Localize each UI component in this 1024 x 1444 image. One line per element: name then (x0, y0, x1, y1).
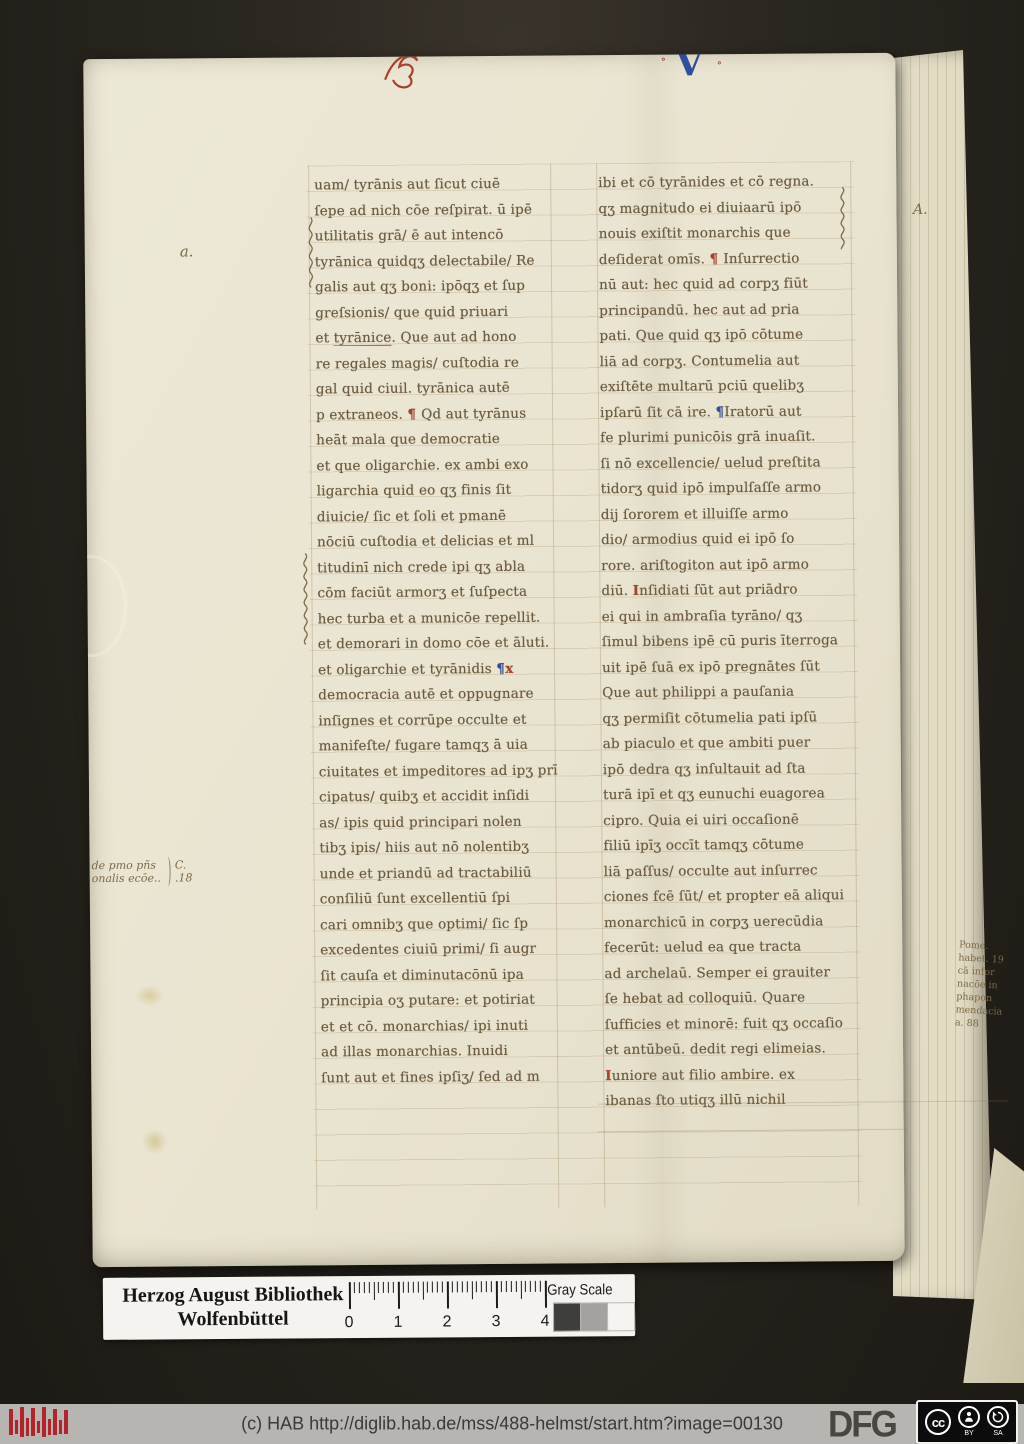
manuscript-line: p extraneos. ¶ Qd aut tyrānus (316, 401, 558, 428)
ruler-tick (471, 1281, 472, 1299)
ruler-tick (393, 1282, 394, 1293)
cc-by-person-icon (958, 1406, 980, 1428)
manuscript-line: ipō dedra qʒ inſultauit ad ſta (603, 756, 857, 783)
hab-logo-bar (64, 1410, 68, 1434)
manuscript-line: ciuitates et impeditores ad ipʒ prī (319, 758, 561, 785)
manuscript-line: ciones fcē ſūt/ et propter eā aliqui (604, 883, 858, 910)
manuscript-line: cipatus/ quibʒ et accidit inſidi (319, 783, 561, 810)
manuscript-line: ipſarū ſit cā ire. ¶Iratorū aut (600, 399, 854, 426)
hab-logo-icon (9, 1404, 70, 1444)
manuscript-line: greſsionis/ que quid priuari (315, 299, 557, 326)
right-text-column: ibi et cō tyrānides et cō regna.qʒ magni… (598, 169, 859, 1114)
manuscript-line: ei qui in ambraſia tyrāno/ qʒ (602, 603, 856, 630)
manuscript-line: democracia autē et oppugnare (318, 681, 560, 708)
ruler-tick (452, 1281, 453, 1292)
annotation-reference: C. (175, 858, 193, 871)
library-label: Herzog August Bibliothek Wolfenbüttel (117, 1282, 349, 1332)
manuscript-line: cōm faciūt armorʒ et ſuſpecta (317, 579, 559, 606)
manuscript-line: heāt mala que democratie (316, 426, 558, 453)
manuscript-line: principia oʒ putare: et potiriat (321, 987, 563, 1014)
ruler-tick (496, 1281, 498, 1308)
ruler-tick (427, 1282, 428, 1293)
ruler-tick (368, 1282, 369, 1293)
manuscript-line: qʒ permiſit cōtumelia pati ipſū (602, 705, 856, 732)
manuscript-line: cipro. Quia ei uiri occaſionē (603, 807, 857, 834)
manuscript-line: nū aut: hec quid ad corpʒ fiūt (599, 271, 853, 298)
manuscript-line: inſignes et corrūpe occulte et (318, 707, 560, 734)
color-scale-bar: Herzog August Bibliothek Wolfenbüttel 01… (103, 1274, 635, 1340)
manuscript-line: liā ad corpʒ. Contumelia aut (600, 348, 854, 375)
manuscript-line: ab piaculo et que ambiti puer (603, 730, 857, 757)
ruler-tick (373, 1282, 374, 1300)
red-flourish-fragment-icon (381, 53, 425, 93)
manuscript-line: et et cō. monarchias/ ipi inuti (321, 1013, 563, 1040)
ruler-number: 1 (394, 1314, 403, 1332)
ruler-tick (466, 1281, 467, 1292)
manuscript-line: tyrānica quidqʒ delectabile/ Re (315, 248, 557, 275)
manuscript-line: ibi et cō tyrānides et cō regna. (598, 169, 852, 196)
hab-logo-bar (31, 1408, 35, 1436)
ruler-tick (383, 1282, 384, 1293)
ruler-tick (408, 1282, 409, 1293)
cc-sa-label: SA (993, 1429, 1002, 1438)
manuscript-line: ſit cauſa et diminutacōnū ipa (320, 962, 562, 989)
ruler-tick (354, 1282, 355, 1293)
manuscript-line: ſimul bibens ipē cū puris īterroga (602, 628, 856, 655)
cc-by-label: BY (964, 1429, 973, 1438)
footer-strip: (c) HAB http://diglib.hab.de/mss/488-hel… (0, 1404, 1024, 1444)
manuscript-line: pati. Que quid qʒ ipō cōtume (599, 322, 853, 349)
marginal-annotation: de pmo pñsonalis ecōe.. C..18 (92, 856, 193, 887)
manuscript-line: diū. Inſidiati ſūt aut priādro (601, 577, 855, 604)
ruler-tick (515, 1281, 516, 1292)
ruler-tick (442, 1281, 443, 1292)
manuscript-line: uit ipē ſuā ex ipō pregnātes ſūt (602, 654, 856, 681)
manuscript-line: ligarchia quid eo qʒ finis ſit (317, 477, 559, 504)
marginal-annotation-line: de pmo pñs (92, 859, 161, 873)
ruler-number: 4 (541, 1313, 550, 1331)
hab-logo-bar (42, 1407, 46, 1437)
manuscript-line: qʒ magnitudo ei diuiaarū ipō (598, 195, 852, 222)
manuscript-line: filiū ipīʒ occīt tamqʒ cōtume (603, 832, 857, 859)
ruler-tick (457, 1281, 458, 1292)
ruler-tick (403, 1282, 404, 1293)
manuscript-line: et tyrānice. Que aut ad hono (315, 324, 557, 351)
manuscript-page: V ° ° a. de pmo pñsonalis ecōe.. C..18 u… (83, 53, 904, 1267)
manuscript-line: titudinī nich crede ipi qʒ abla (317, 554, 559, 581)
cc-icon: cc (925, 1409, 951, 1435)
ruler-tick (364, 1282, 365, 1293)
ruler-tick (422, 1282, 423, 1300)
ruler-tick (432, 1282, 433, 1293)
page-holder-clip (84, 547, 129, 663)
ruler-tick (530, 1281, 531, 1292)
manuscript-line: et demorari in domo cōe et āluti. (318, 630, 560, 657)
ruler-tick (417, 1282, 418, 1293)
manuscript-line: ſepe ad nich cōe reſpirat. ū ipē (314, 197, 556, 224)
annotation-reference: .18 (175, 871, 193, 884)
cc-sa-item: SA (987, 1406, 1009, 1438)
running-title-letter: V (675, 53, 703, 85)
next-page-margin-note: Pome.habet. 19cā infornacōe inphaponmend… (955, 938, 1024, 1032)
manuscript-line: nouis exiſtit monarchis que (599, 220, 853, 247)
manuscript-line: monarchicū in corpʒ uerecūdia (604, 909, 858, 936)
manuscript-line: ſe hebat ad colloquiū. Quare (605, 985, 859, 1012)
manuscript-line: unde et priandū ad tractabiliū (320, 860, 562, 887)
manuscript-line: excedentes ciuiū primi/ ſi augr (320, 936, 562, 963)
manuscript-line: tidorʒ quid ipō impulſaſſe armo (601, 475, 855, 502)
manuscript-line: galis aut qʒ boni: ipōqʒ et ſup (315, 273, 557, 300)
cc-license-badge: cc BY SA (916, 1400, 1018, 1444)
hab-logo-bar (48, 1419, 51, 1435)
gray-patch (553, 1303, 581, 1332)
manuscript-line: et que oligarchie. ex ambi exo (316, 452, 558, 479)
gray-patch (607, 1302, 635, 1331)
manuscript-line: Iuniore aut filio ambire. ex (605, 1062, 859, 1089)
manuscript-line: fecerūt: uelud ea que tracta (604, 934, 858, 961)
parchment-stain (135, 985, 165, 1007)
ruler-tick (481, 1281, 482, 1292)
hab-logo-bar (26, 1418, 29, 1436)
hab-logo-bar (15, 1420, 18, 1434)
ruler-tick (378, 1282, 379, 1293)
manuscript-line: ſunt aut et fines ipſiʒ/ ſed ad m (321, 1064, 563, 1091)
manuscript-line: Que aut philippi a pauſania (602, 679, 856, 706)
manuscript-line: tibʒ ipis/ hiis aut nō nolentibʒ (319, 834, 561, 861)
manuscript-line: utilitatis grā/ ē aut intencō (315, 222, 557, 249)
ruler-tick (437, 1282, 438, 1293)
library-name-line2: Wolfenbüttel (117, 1306, 349, 1332)
manuscript-line: as/ ipis quid principari nolen (319, 809, 561, 836)
manuscript-line: nōciū cuſtodia et delicias et ml (317, 528, 559, 555)
manuscript-line: rore. ariſtogiton aut ipō armo (601, 552, 855, 579)
quire-signature-glyph-right: A. (913, 202, 928, 218)
manuscript-line: et antūbeū. dedit regi elimeias. (605, 1036, 859, 1063)
copyright-text: (c) HAB http://diglib.hab.de/mss/488-hel… (241, 1414, 783, 1435)
cc-by-item: BY (958, 1406, 980, 1438)
manuscript-line: gal quid ciuil. tyrānica autē (316, 375, 558, 402)
ruler-tick (349, 1282, 351, 1309)
manuscript-line: diuicie/ ſic et ſoli et pmanē (317, 503, 559, 530)
ruler-number: 3 (492, 1313, 501, 1331)
hab-logo-bar (20, 1407, 24, 1437)
ruler-tick (476, 1281, 477, 1292)
digitized-manuscript-photo: Pome.habet. 19cā infornacōe inphaponmend… (0, 0, 1024, 1444)
ruler-tick (486, 1281, 487, 1292)
manuscript-line: manifeſte/ fugare tamqʒ ā uia (319, 732, 561, 759)
manuscript-line: turā ipī et qʒ eunuchi euagorea (603, 781, 857, 808)
ruler-tick (501, 1281, 502, 1292)
manuscript-line: fe plurimi punicōis grā inuaſit. (600, 424, 854, 451)
red-paraph-dot: ° (717, 60, 721, 71)
manuscript-line: conſiliū ſunt excellentiū ſpi (320, 885, 562, 912)
marginal-annotation-line: onalis ecōe.. (92, 872, 161, 886)
ruler-tick (388, 1282, 389, 1293)
gray-scale-patches (553, 1302, 634, 1332)
ruler-tick (506, 1281, 507, 1292)
hab-logo-bar (59, 1420, 62, 1434)
manuscript-line: cari omnibʒ que optimi/ ſic ſp (320, 911, 562, 938)
ruler-number: 2 (443, 1313, 452, 1331)
ruler-tick (359, 1282, 360, 1293)
gray-scale-label: Gray Scale (533, 1281, 626, 1299)
manuscript-line: exiſtēte multarū pciū quelibʒ (600, 373, 854, 400)
manuscript-line: principandū. hec aut ad pria (599, 297, 853, 324)
manuscript-line: ſi nō excellencie/ uelud preſtita (600, 450, 854, 477)
dfg-logo: DFG (828, 1404, 896, 1444)
gray-patch (580, 1302, 608, 1331)
manuscript-line: et oligarchie et tyrānidis ¶x (318, 656, 560, 683)
manuscript-line: dij ſororem et illuiſſe armo (601, 501, 855, 528)
red-paraph-dot: ° (661, 57, 665, 68)
manuscript-line: deſiderat omīs. ¶ Inſurrectio (599, 246, 853, 273)
hab-logo-bar (53, 1409, 57, 1435)
manuscript-line: ad archelaū. Semper ei grauiter (604, 960, 858, 987)
cc-sa-arrow-icon (987, 1406, 1009, 1428)
ruler-tick (491, 1281, 492, 1292)
ruler-tick (413, 1282, 414, 1293)
manuscript-line: hec turba et a municōe repellit. (318, 605, 560, 632)
manuscript-line: ſufficies et minorē: fuit qʒ occaſio (605, 1011, 859, 1038)
annotation-bracket (165, 857, 171, 887)
chain-mark-icon (299, 551, 312, 645)
manuscript-line: re regales magis/ cuſtodia re (316, 350, 558, 377)
manuscript-line: dio/ armodius quid ei ipō ſo (601, 526, 855, 553)
left-text-column: uam/ tyrānis aut ſicut ciuēſepe ad nich … (314, 171, 563, 1091)
quire-signature-glyph-left: a. (180, 242, 194, 260)
ruler-ticks: 01234 (349, 1281, 555, 1332)
hab-logo-bar (9, 1409, 13, 1435)
parchment-stain (142, 1129, 168, 1155)
ruler-tick (462, 1281, 463, 1292)
clip-ring-shape (84, 555, 127, 658)
ruler-tick (520, 1281, 521, 1299)
library-name-line1: Herzog August Bibliothek (117, 1282, 349, 1308)
manuscript-line: ad illas monarchias. Inuidi (321, 1038, 563, 1065)
manuscript-line: liā paſſus/ occulte aut inſurrec (604, 858, 858, 885)
ruler-tick (525, 1281, 526, 1292)
book-page-stack (893, 50, 993, 1306)
ruler-number: 0 (345, 1314, 354, 1332)
ruler-tick (447, 1281, 449, 1308)
hab-logo-bar (37, 1421, 40, 1433)
ruler-tick (398, 1282, 400, 1309)
ruler-tick (511, 1281, 512, 1292)
manuscript-line: uam/ tyrānis aut ſicut ciuē (314, 171, 556, 198)
